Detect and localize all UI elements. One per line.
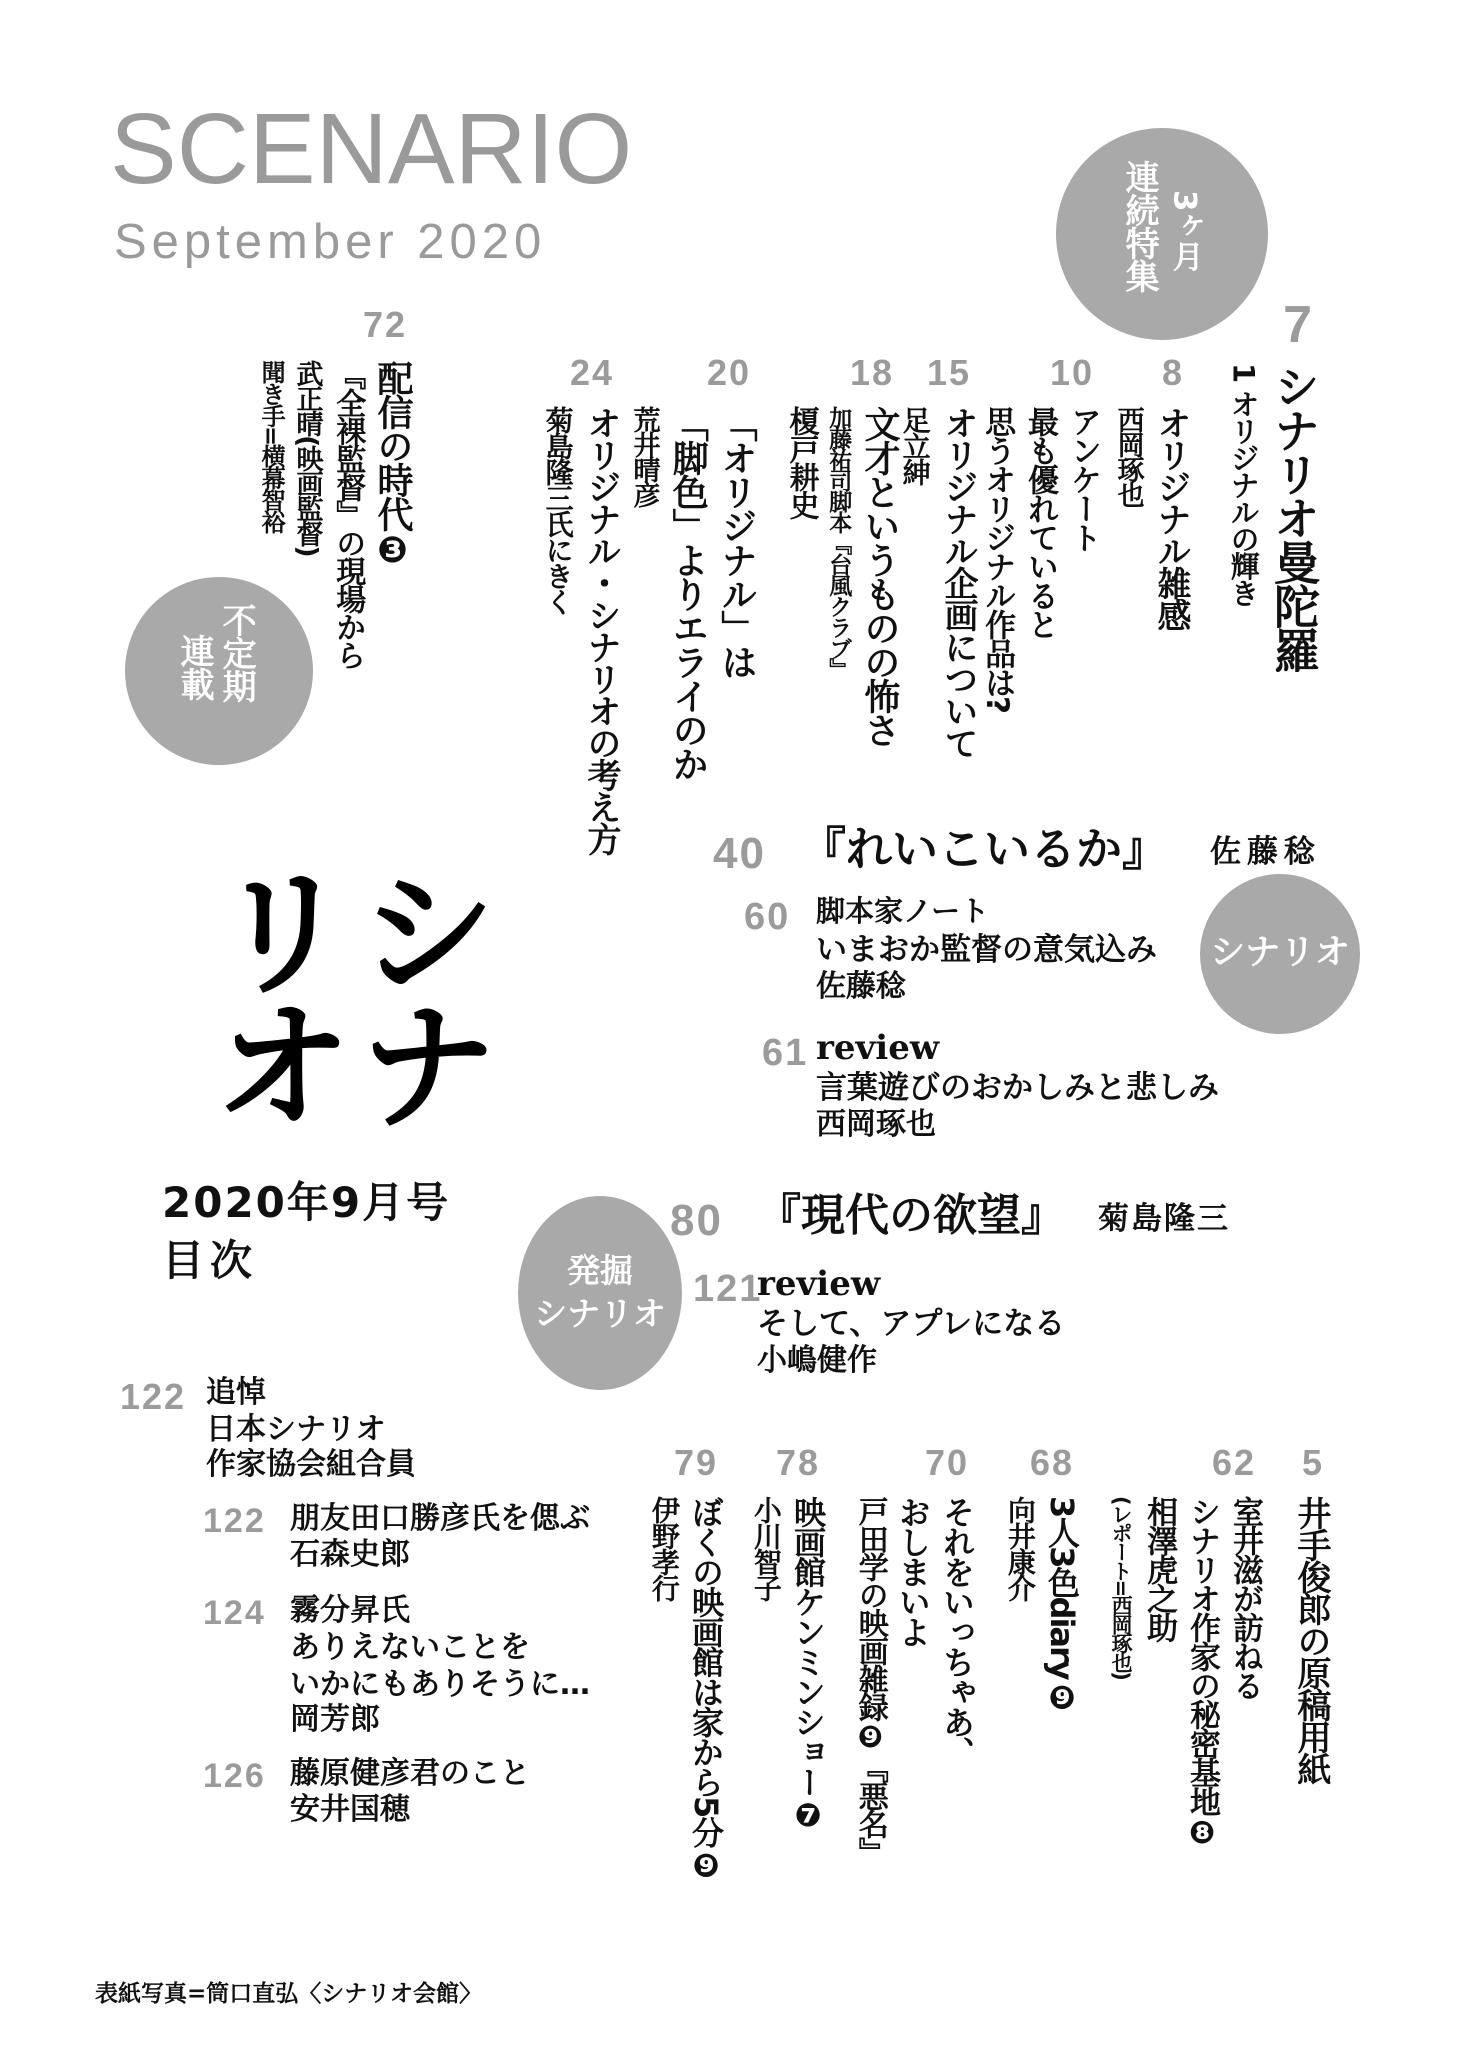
- entry-title: 映画館ケンミンショー❼: [789, 1496, 826, 1832]
- page-number: 70: [925, 1444, 975, 1482]
- badge-text: 連続特集: [1120, 160, 1158, 292]
- entry-author: 菊島隆三: [1098, 1202, 1230, 1236]
- entry-title: 思うオリジナル作品は?: [978, 406, 1014, 712]
- page-number: 61: [762, 1034, 808, 1074]
- page-number: 40: [713, 831, 766, 877]
- entry-text: 井手俊郎の原稿用紙: [1291, 1496, 1330, 1784]
- toc-entry: 15 オリジナル企画について 足立紳: [898, 354, 977, 758]
- page-number: 24: [570, 354, 620, 392]
- toc-entry: 8 オリジナル雑感 西岡琢也: [1112, 354, 1190, 630]
- page-number: 62: [1212, 1444, 1262, 1482]
- entry-title: 朋友田口勝彦氏を偲ぶ: [290, 1502, 590, 1535]
- entry-note: 菊島隆三氏にきく: [541, 406, 573, 854]
- entry-title: 配信の時代❸: [371, 360, 413, 668]
- entry-author: 向井康介: [1003, 1496, 1035, 1715]
- entry-title: 『れいこいるか』: [800, 824, 1168, 875]
- entry-subtitle: 1 オリジナルの輝き: [1226, 363, 1260, 671]
- entry-title: 『現代の欲望』: [757, 1192, 1065, 1240]
- entry-subtitle: 『全裸監督』の現場から: [329, 360, 364, 668]
- toc-entry: 78 映画館ケンミンショー❼ 小川智子: [749, 1444, 826, 1832]
- entry-title: オリジナル企画について: [938, 406, 977, 758]
- entry-title: 「脚色」よりエライのか: [667, 406, 709, 780]
- entry-text: シナリオ曼陀羅 1 オリジナルの輝き: [1226, 363, 1320, 671]
- section-subtitle: 日本シナリオ: [206, 1413, 386, 1446]
- toc-entry: 70 それをいっちゃあ、 おしまいよ 戸田学の映画雑録❾『悪名』: [852, 1444, 975, 1865]
- toc-entry: 18 文才というものの怖さ 加藤祐司脚本『台風クラブ』 榎戸耕史: [783, 354, 900, 746]
- section-subtitle: 作家協会組合員: [206, 1448, 416, 1481]
- entry-title: それをいっちゃあ、: [938, 1496, 975, 1865]
- entry-title: 室井滋が訪ねる: [1226, 1496, 1262, 1849]
- entry-author: 相澤虎之助: [1140, 1496, 1176, 1849]
- logo-column: シナ: [342, 858, 487, 1126]
- page-number: 68: [1030, 1444, 1080, 1482]
- entry-text: オリジナル・シナリオの考え方 菊島隆三氏にきく: [541, 406, 620, 854]
- entry-text: 映画館ケンミンショー❼ 小川智子: [749, 1496, 826, 1832]
- badge-excavated-scenario: 発掘 シナリオ: [518, 1196, 682, 1390]
- page-number: 80: [670, 1198, 723, 1244]
- entry-title: 井手俊郎の原稿用紙: [1291, 1496, 1330, 1784]
- entry-title: 「オリジナル」は: [715, 406, 757, 780]
- entry-author: 小川智子: [749, 1496, 781, 1832]
- entry-title: 藤原健彦君のこと: [290, 1757, 530, 1790]
- page-number: 7: [1283, 298, 1320, 353]
- entry-title: オリジナル雑感: [1151, 406, 1190, 630]
- magazine-toc-page: SCENARIO September 2020 3ヶ月 連続特集 不定期 連載 …: [0, 0, 1457, 2067]
- badge-text: シナリオ: [534, 1293, 666, 1336]
- cover-photo-credit: 表紙写真=筒口直弘〈シナリオ会館〉: [95, 1975, 482, 2008]
- logo-column: リオ: [197, 858, 342, 1126]
- entry-subtitle: 戸田学の映画雑録❾『悪名』: [852, 1496, 887, 1865]
- page-number: 122: [203, 1504, 266, 1540]
- entry-author: 武正晴(映画監督): [291, 360, 322, 668]
- toc-entry: 10 アンケート 最も優れていると 思うオリジナル作品は?: [978, 354, 1100, 712]
- entry-text: 室井滋が訪ねる シナリオ作家の秘密基地❽ 相澤虎之助 (レポート=西岡琢也): [1109, 1496, 1262, 1849]
- entry-title: いかにもありそうに…: [290, 1668, 590, 1701]
- entry-text: オリジナル企画について 足立紳: [898, 406, 977, 758]
- page-number: 15: [927, 354, 977, 392]
- entry-note: (レポート=西岡琢也): [1109, 1496, 1133, 1849]
- entry-author: 石森史郎: [290, 1538, 410, 1571]
- entry-author: 足立紳: [898, 406, 930, 758]
- page-number: 121: [693, 1270, 762, 1310]
- page-number: 18: [850, 354, 900, 392]
- entry-title: 霧分昇氏: [290, 1594, 410, 1627]
- entry-author: 佐藤稔: [816, 970, 906, 1003]
- page-number: 126: [203, 1759, 266, 1795]
- entry-title: シナリオ曼陀羅: [1267, 363, 1320, 671]
- page-number: 78: [776, 1444, 826, 1482]
- entry-title: 3人3色diary❾: [1043, 1496, 1080, 1715]
- entry-author: 佐藤稔: [1210, 835, 1321, 869]
- page-number: 60: [744, 898, 790, 938]
- page-number: 5: [1302, 1444, 1330, 1482]
- entry-text: アンケート 最も優れていると 思うオリジナル作品は?: [978, 406, 1100, 712]
- entry-title: そして、アプレになる: [757, 1307, 1065, 1341]
- page-number: 8: [1162, 354, 1190, 392]
- page-number: 72: [363, 306, 413, 344]
- toc-entry: 68 3人3色diary❾ 向井康介: [1003, 1444, 1080, 1714]
- entry-title: 言葉遊びのおかしみと悲しみ: [816, 1071, 1219, 1105]
- toc-entry: 24 オリジナル・シナリオの考え方 菊島隆三氏にきく: [541, 354, 620, 854]
- entry-subtitle: review: [816, 1030, 939, 1067]
- section-title: 追悼: [206, 1376, 266, 1409]
- badge-text: 連載: [175, 634, 213, 700]
- entry-title: 最も優れていると: [1021, 406, 1057, 712]
- badge-text: 3ヶ月: [1167, 190, 1202, 271]
- magazine-logo-vertical: シナ リオ: [197, 858, 487, 1126]
- page-number: 10: [1050, 354, 1100, 392]
- entry-text: 3人3色diary❾ 向井康介: [1003, 1496, 1080, 1715]
- entry-author: 伊野孝行: [647, 1496, 679, 1882]
- contents-label: 目次: [162, 1238, 258, 1284]
- entry-title: アンケート: [1064, 406, 1100, 712]
- toc-entry: 62 室井滋が訪ねる シナリオ作家の秘密基地❽ 相澤虎之助 (レポート=西岡琢也…: [1109, 1444, 1262, 1849]
- page-number: 124: [203, 1596, 266, 1632]
- entry-author: 安井国穂: [290, 1793, 410, 1826]
- page-number: 20: [707, 354, 757, 392]
- toc-entry: 79 ぼくの映画館は家から5分❾ 伊野孝行: [647, 1444, 724, 1882]
- toc-entry: 5 井手俊郎の原稿用紙: [1291, 1444, 1330, 1784]
- entry-title: ぼくの映画館は家から5分❾: [687, 1496, 724, 1882]
- entry-text: ぼくの映画館は家から5分❾ 伊野孝行: [647, 1496, 724, 1882]
- entry-text: 文才というものの怖さ 加藤祐司脚本『台風クラブ』 榎戸耕史: [783, 406, 900, 746]
- badge-scenario: シナリオ: [1200, 874, 1360, 1034]
- entry-author: 西岡琢也: [816, 1108, 936, 1141]
- entry-text: 「オリジナル」は 「脚色」よりエライのか 荒井晴彦: [628, 406, 757, 780]
- entry-subtitle: review: [757, 1266, 880, 1303]
- entry-author: 岡芳郎: [290, 1703, 380, 1736]
- page-number: 79: [674, 1444, 724, 1482]
- badge-text: シナリオ: [1210, 931, 1350, 977]
- issue-label: 2020年9月号: [162, 1180, 450, 1226]
- entry-author: 西岡琢也: [1112, 406, 1143, 630]
- toc-entry: 72 配信の時代❸ 『全裸監督』の現場から 武正晴(映画監督) 聞き手=横幕智裕: [256, 306, 413, 668]
- badge-text: 不定期: [217, 603, 255, 702]
- entry-title: 文才というものの怖さ: [858, 406, 900, 746]
- page-number: 122: [120, 1378, 186, 1416]
- badge-text: 発掘: [567, 1250, 633, 1293]
- entry-author: 荒井晴彦: [628, 406, 659, 780]
- entry-subtitle: 脚本家ノート: [816, 896, 989, 928]
- magazine-title: SCENARIO: [110, 92, 632, 207]
- entry-author: 榎戸耕史: [783, 406, 818, 746]
- entry-text: 配信の時代❸ 『全裸監督』の現場から 武正晴(映画監督) 聞き手=横幕智裕: [256, 360, 413, 668]
- toc-entry: 20 「オリジナル」は 「脚色」よりエライのか 荒井晴彦: [628, 354, 757, 780]
- entry-title: いまおか監督の意気込み: [816, 933, 1157, 967]
- entry-note: 聞き手=横幕智裕: [256, 360, 284, 668]
- entry-title: オリジナル・シナリオの考え方: [581, 406, 620, 854]
- entry-title: おしまいよ: [894, 1496, 931, 1865]
- entry-text: オリジナル雑感 西岡琢也: [1112, 406, 1190, 630]
- entry-title: シナリオ作家の秘密基地❽: [1183, 1496, 1219, 1849]
- toc-entry: 7 シナリオ曼陀羅 1 オリジナルの輝き: [1226, 298, 1320, 671]
- entry-title: ありえないことを: [290, 1631, 530, 1664]
- entry-author: 小嶋健作: [757, 1344, 877, 1377]
- entry-note: 加藤祐司脚本『台風クラブ』: [825, 406, 852, 746]
- issue-date: September 2020: [114, 214, 546, 270]
- entry-text: それをいっちゃあ、 おしまいよ 戸田学の映画雑録❾『悪名』: [852, 1496, 975, 1865]
